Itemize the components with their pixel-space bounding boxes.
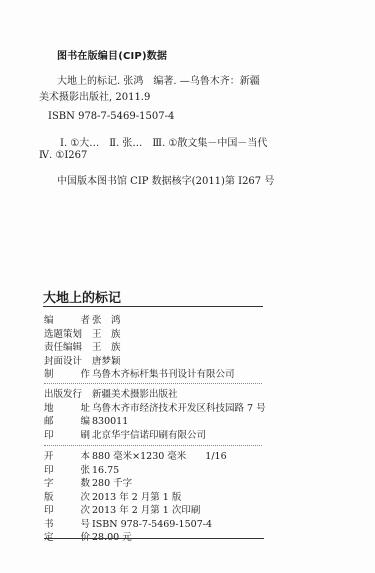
info-value: 王 族 xyxy=(90,328,121,342)
info-label-part: 者 xyxy=(80,314,90,328)
info-label: 印次 xyxy=(44,504,90,518)
info-row: 印张16.75 xyxy=(44,464,227,478)
cip-isbn: ISBN 978-7-5469-1507-4 xyxy=(48,111,174,122)
cip-approval-note: 中国版本图书馆 CIP 数据核字(2011)第 I267 号 xyxy=(57,172,274,187)
info-label: 制作 xyxy=(44,368,90,382)
info-row: 版次2013 年 2 月第 1 版 xyxy=(44,491,227,505)
info-label-part: 字 xyxy=(44,477,54,491)
info-label-part: 选题策划 xyxy=(44,328,82,342)
book-title: 大地上的标记 xyxy=(43,287,121,306)
cip-citation-line-2: 美术摄影出版社, 2011.9 xyxy=(39,88,150,103)
info-value: 张 鸿 xyxy=(90,314,121,328)
info-row: 出版发行新疆美术摄影出版社 xyxy=(44,388,266,402)
info-value: 2013 年 2 月第 1 版 xyxy=(90,491,181,505)
info-label-part: 印 xyxy=(44,429,54,443)
info-label: 选题策划 xyxy=(44,328,90,342)
cip-classification-line-1: Ⅰ. ①大… Ⅱ. 张… Ⅲ. ①散文集－中国－当代 xyxy=(60,134,267,149)
info-row: 印刷北京华宇信诺印刷有限公司 xyxy=(44,429,266,443)
info-label-part: 出版发行 xyxy=(44,388,82,402)
info-row: 责任编辑王 族 xyxy=(44,341,235,355)
info-value: 唐梦颖 xyxy=(90,355,121,369)
info-row: 封面设计唐梦颖 xyxy=(44,355,235,369)
info-label-part: 刷 xyxy=(80,429,90,443)
info-row: 开本880 毫米×1230 毫米 1/16 xyxy=(44,450,227,464)
info-label-part: 地 xyxy=(44,402,54,416)
top-rule-divider xyxy=(43,306,263,307)
info-label: 编者 xyxy=(44,314,90,328)
cip-citation-line-1: 大地上的标记. 张鸿 编著. —乌鲁木齐：新疆 xyxy=(57,72,260,87)
info-label-part: 书 xyxy=(44,518,54,532)
info-label-part: 次 xyxy=(80,491,90,505)
info-label: 邮编 xyxy=(44,415,90,429)
info-label-part: 号 xyxy=(80,518,90,532)
info-label: 责任编辑 xyxy=(44,341,90,355)
info-value: ISBN 978-7-5469-1507-4 xyxy=(90,518,212,532)
info-row: 制作乌鲁木齐标杆集书刊设计有限公司 xyxy=(44,368,235,382)
info-value: 830011 xyxy=(90,415,128,429)
info-label: 开本 xyxy=(44,450,90,464)
info-value: 880 毫米×1230 毫米 1/16 xyxy=(90,450,227,464)
info-label: 版次 xyxy=(44,491,90,505)
info-value: 王 族 xyxy=(90,341,121,355)
info-value: 280 千字 xyxy=(90,477,132,491)
dotted-divider xyxy=(44,445,262,446)
info-row: 邮编830011 xyxy=(44,415,266,429)
info-label-part: 本 xyxy=(80,450,90,464)
info-label: 印刷 xyxy=(44,429,90,443)
specs-list: 开本880 毫米×1230 毫米 1/16印张16.75字数280 千字版次20… xyxy=(44,450,227,545)
info-label-part: 数 xyxy=(80,477,90,491)
info-value: 新疆美术摄影出版社 xyxy=(90,388,178,402)
cip-heading: 图书在版编目(CIP)数据 xyxy=(57,47,167,62)
info-value: 2013 年 2 月第 1 次印刷 xyxy=(90,504,200,518)
info-value: 16.75 xyxy=(90,464,119,478)
info-label-part: 编 xyxy=(44,314,54,328)
info-label-part: 制 xyxy=(44,368,54,382)
info-label-part: 邮 xyxy=(44,415,54,429)
info-label-part: 封面设计 xyxy=(44,355,82,369)
credits-list: 编者张 鸿选题策划王 族责任编辑王 族封面设计唐梦颖制作乌鲁木齐标杆集书刊设计有… xyxy=(44,314,235,382)
info-label-part: 编 xyxy=(80,415,90,429)
info-label-part: 印 xyxy=(44,504,54,518)
info-label-part: 址 xyxy=(80,402,90,416)
info-label: 地址 xyxy=(44,402,90,416)
dotted-divider xyxy=(44,383,262,384)
info-label: 书号 xyxy=(44,518,90,532)
info-label: 出版发行 xyxy=(44,388,90,402)
info-row: 印次2013 年 2 月第 1 次印刷 xyxy=(44,504,227,518)
info-label-part: 版 xyxy=(44,491,54,505)
info-label: 字数 xyxy=(44,477,90,491)
info-label: 封面设计 xyxy=(44,355,90,369)
info-label-part: 次 xyxy=(80,504,90,518)
info-row: 选题策划王 族 xyxy=(44,328,235,342)
info-value: 乌鲁木齐市经济技术开发区科技园路 7 号 xyxy=(90,402,266,416)
info-row: 书号ISBN 978-7-5469-1507-4 xyxy=(44,518,227,532)
info-row: 编者张 鸿 xyxy=(44,314,235,328)
publishing-list: 出版发行新疆美术摄影出版社地址乌鲁木齐市经济技术开发区科技园路 7 号邮编830… xyxy=(44,388,266,442)
info-row: 字数280 千字 xyxy=(44,477,227,491)
info-label-part: 张 xyxy=(80,464,90,478)
info-label-part: 印 xyxy=(44,464,54,478)
info-value: 乌鲁木齐标杆集书刊设计有限公司 xyxy=(90,368,235,382)
cip-classification-line-2: Ⅳ. ①I267 xyxy=(39,150,87,161)
info-value: 北京华宇信诺印刷有限公司 xyxy=(90,429,206,443)
info-row: 地址乌鲁木齐市经济技术开发区科技园路 7 号 xyxy=(44,402,266,416)
info-label: 印张 xyxy=(44,464,90,478)
info-label-part: 作 xyxy=(80,368,90,382)
bottom-rule-divider xyxy=(44,538,264,539)
info-label-part: 开 xyxy=(44,450,54,464)
info-label-part: 责任编辑 xyxy=(44,341,82,355)
